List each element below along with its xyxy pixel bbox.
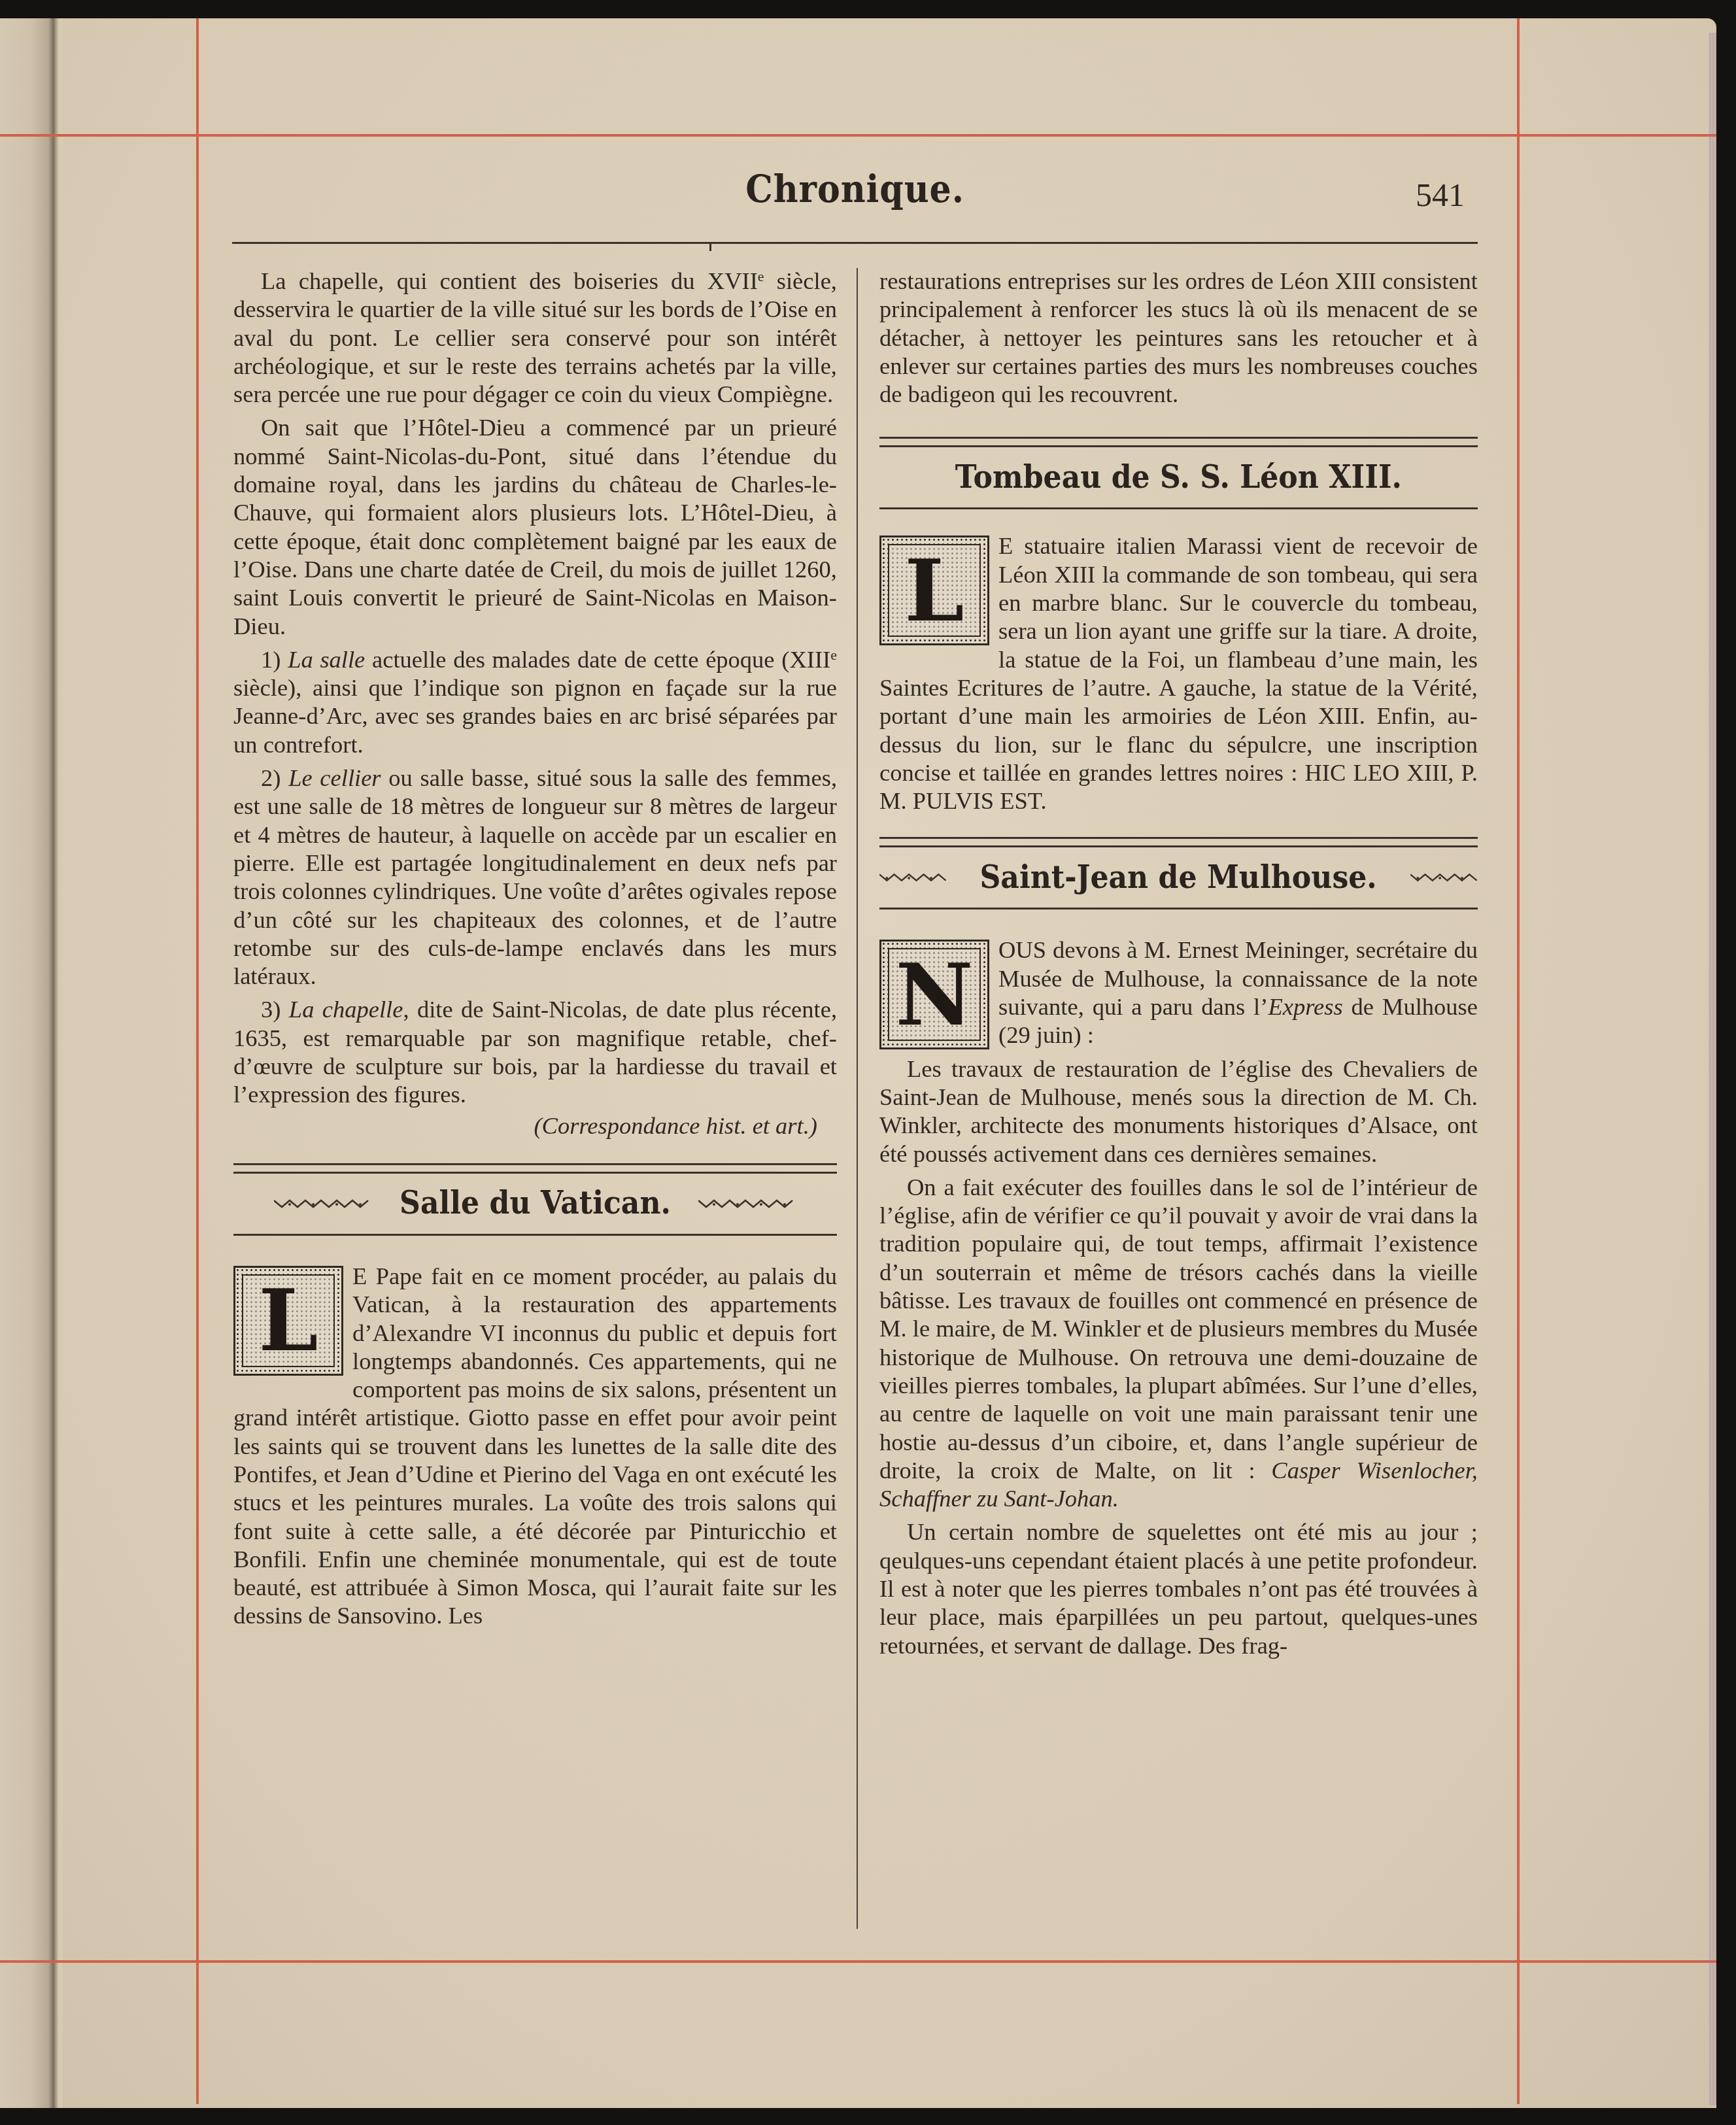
zigzag-ornament-icon bbox=[698, 1197, 796, 1211]
page-stack-edge bbox=[1709, 33, 1716, 2105]
header-rule bbox=[232, 242, 1478, 244]
left-column: La chapelle, qui contient des boiseries … bbox=[233, 267, 837, 1630]
double-rule bbox=[233, 1163, 837, 1174]
list-item: 2) Le cellier ou salle basse, situé sous… bbox=[233, 764, 837, 990]
double-rule bbox=[879, 837, 1478, 847]
zigzag-ornament-icon bbox=[1410, 870, 1478, 885]
section-header-mulhouse: Saint-Jean de Mulhouse. bbox=[879, 837, 1478, 909]
ornamental-dropcap-icon: N bbox=[879, 940, 989, 1049]
section-title: Tombeau de S. S. Léon XIII. bbox=[955, 464, 1402, 492]
paragraph: LE statuaire italien Marassi vient de re… bbox=[879, 532, 1478, 815]
paragraph: La chapelle, qui contient des boiseries … bbox=[233, 267, 837, 408]
right-column: restaurations entreprises sur les ordres… bbox=[879, 267, 1478, 1659]
column-divider bbox=[857, 268, 858, 1929]
section-title: Salle du Vatican. bbox=[400, 1189, 671, 1217]
red-rule-top bbox=[0, 134, 1716, 137]
paragraph: Les travaux de restauration de l’église … bbox=[879, 1055, 1478, 1168]
paragraph: restaurations entreprises sur les ordres… bbox=[879, 267, 1478, 408]
paragraph: LE Pape fait en ce moment procéder, au p… bbox=[233, 1262, 837, 1630]
page-number: 541 bbox=[1416, 176, 1465, 214]
red-rule-right bbox=[1517, 18, 1520, 2104]
section-header-tombeau: Tombeau de S. S. Léon XIII. bbox=[879, 437, 1478, 509]
single-rule bbox=[879, 908, 1478, 909]
ornamental-dropcap-icon: L bbox=[233, 1266, 343, 1376]
paragraph: NOUS devons à M. Ernest Meininger, secré… bbox=[879, 936, 1478, 1049]
paragraph: On a fait exécuter des fouilles dans le … bbox=[879, 1173, 1478, 1513]
header-rule-tick bbox=[709, 242, 711, 251]
running-head: Chronique. 541 bbox=[232, 167, 1478, 232]
double-rule bbox=[879, 437, 1478, 447]
red-rule-bottom bbox=[0, 1960, 1716, 1963]
list-item: 3) La chapelle, dite de Saint-Nicolas, d… bbox=[233, 995, 837, 1108]
attribution: (Correspondance hist. et art.) bbox=[233, 1112, 837, 1140]
list-item: 1) La salle actuelle des malades date de… bbox=[233, 645, 837, 758]
zigzag-ornament-icon bbox=[879, 870, 947, 885]
paragraph: Un certain nombre de squelettes ont été … bbox=[879, 1518, 1478, 1659]
single-rule bbox=[233, 1234, 837, 1236]
running-title: Chronique. bbox=[294, 167, 1416, 211]
book-gutter bbox=[0, 18, 62, 2108]
zigzag-ornament-icon bbox=[274, 1197, 372, 1211]
section-header-vatican: Salle du Vatican. bbox=[233, 1163, 837, 1236]
section-title: Saint-Jean de Mulhouse. bbox=[980, 864, 1377, 892]
single-rule bbox=[879, 507, 1478, 509]
paragraph: On sait que l’Hôtel-Dieu a commencé par … bbox=[233, 413, 837, 639]
red-rule-left bbox=[196, 18, 199, 2104]
ornamental-dropcap-icon: L bbox=[879, 535, 989, 645]
